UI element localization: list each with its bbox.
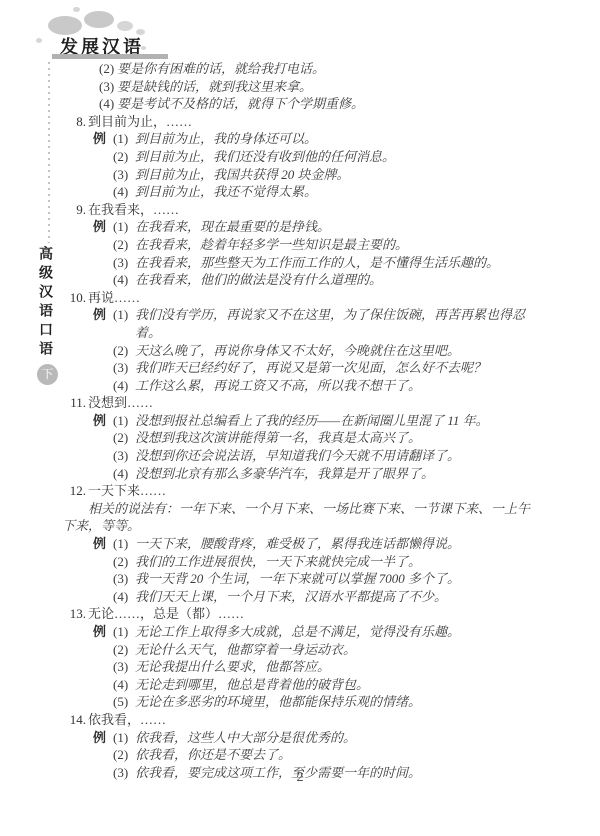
- example-number: (5): [113, 693, 135, 711]
- example-sentence: (2)我们的工作进展很快，一天下来就快完成一半了。: [60, 553, 542, 571]
- example-number: (1): [113, 306, 135, 341]
- example-sentence: (2)到目前为止，我们还没有收到他的任何消息。: [60, 148, 542, 166]
- example-label: [60, 78, 99, 96]
- example-sentence: (4)我们天天上课，一个月下来，汉语水平都提高了不少。: [60, 588, 542, 606]
- example-label: [60, 447, 113, 465]
- example-number: (3): [113, 254, 135, 272]
- example-text: 无论工作上取得多大成就，总是不满足，觉得没有乐趣。: [135, 623, 542, 641]
- example-label: [60, 553, 113, 571]
- example-text: 一天下来，腰酸背疼，难受极了，累得我连话都懒得说。: [135, 535, 542, 553]
- section-title: 8.到目前为止，……: [60, 113, 542, 131]
- section-number: 12.: [60, 482, 86, 500]
- example-text: 我们没有学历，再说家又不在这里，为了保住饭碗，再苦再累也得忍着。: [135, 306, 542, 341]
- example-number: (1): [113, 218, 135, 236]
- example-number: (4): [99, 95, 117, 113]
- example-sentence: (3)我一天背 20 个生词，一年下来就可以掌握 7000 多个了。: [60, 570, 542, 588]
- example-sentence: 例(1)在我看来，现在最重要的是挣钱。: [60, 218, 542, 236]
- example-text: 没想到北京有那么多豪华汽车，我算是开了眼界了。: [135, 465, 542, 483]
- example-text: 无论在多恶劣的环境里，他都能保持乐观的情绪。: [135, 693, 542, 711]
- example-sentence: (4)在我看来，他们的做法是没有什么道理的。: [60, 271, 542, 289]
- example-number: (3): [99, 78, 117, 96]
- example-sentence: (2)在我看来，趁着年轻多学一些知识是最主要的。: [60, 236, 542, 254]
- example-label: [60, 465, 113, 483]
- section-title: 9.在我看来，……: [60, 201, 542, 219]
- grammar-section: 10.再说……例(1)我们没有学历，再说家又不在这里，为了保住饭碗，再苦再累也得…: [60, 289, 542, 395]
- example-sentence: (4)到目前为止，我还不觉得太累。: [60, 183, 542, 201]
- section-pattern-text: 在我看来，……: [86, 201, 179, 219]
- example-sentence: (3)要是缺钱的话，就到我这里来拿。: [60, 78, 542, 96]
- example-number: (2): [113, 236, 135, 254]
- example-sentence: (4)工作这么累，再说工资又不高，所以我不想干了。: [60, 377, 542, 395]
- example-label: [60, 359, 113, 377]
- section-title: 11.没想到……: [60, 394, 542, 412]
- example-label: [60, 676, 113, 694]
- example-number: (1): [113, 130, 135, 148]
- example-number: (3): [113, 570, 135, 588]
- example-number: (1): [113, 729, 135, 747]
- example-text: 在我看来，趁着年轻多学一些知识是最主要的。: [135, 236, 542, 254]
- example-sentence: (2)依我看，你还是不要去了。: [60, 746, 542, 764]
- section-title: 14.依我看，……: [60, 711, 542, 729]
- example-text: 没想到你还会说法语，早知道我们今天就不用请翻译了。: [135, 447, 542, 465]
- example-sentence: 例(1)一天下来，腰酸背疼，难受极了，累得我连话都懒得说。: [60, 535, 542, 553]
- brand-underline-bar: [52, 54, 168, 59]
- example-label: [60, 746, 113, 764]
- example-text: 无论走到哪里，他总是背着他的破背包。: [135, 676, 542, 694]
- example-label: [60, 658, 113, 676]
- example-text: 我一天背 20 个生词，一年下来就可以掌握 7000 多个了。: [135, 570, 542, 588]
- grammar-section: 8.到目前为止，……例(1)到目前为止，我的身体还可以。(2)到目前为止，我们还…: [60, 113, 542, 201]
- bubble-icon: [73, 7, 80, 12]
- sidebar-dotted-rule: [48, 62, 50, 243]
- lesson-content: (2)要是你有困难的话，就给我打电话。(3)要是缺钱的话，就到我这里来拿。(4)…: [60, 60, 542, 781]
- example-text: 到目前为止，我国共获得 20 块金牌。: [135, 166, 542, 184]
- example-sentence: (4)无论走到哪里，他总是背着他的破背包。: [60, 676, 542, 694]
- section-pattern-text: 没想到……: [86, 394, 153, 412]
- example-label: 例: [60, 412, 113, 430]
- example-sentence: 例(1)到目前为止，我的身体还可以。: [60, 130, 542, 148]
- example-number: (3): [113, 447, 135, 465]
- example-label: 例: [60, 130, 113, 148]
- example-number: (3): [113, 359, 135, 377]
- section-pattern-text: 无论……，总是（都）……: [86, 605, 244, 623]
- example-number: (4): [113, 183, 135, 201]
- grammar-section: (2)要是你有困难的话，就给我打电话。(3)要是缺钱的话，就到我这里来拿。(4)…: [60, 60, 542, 113]
- example-text: 依我看，你还是不要去了。: [135, 746, 542, 764]
- example-label: [60, 377, 113, 395]
- example-sentence: (3)我们昨天已经约好了，再说又是第一次见面，怎么好不去呢？: [60, 359, 542, 377]
- example-number: (2): [99, 60, 117, 78]
- example-number: (3): [113, 658, 135, 676]
- example-text: 工作这么累，再说工资又不高，所以我不想干了。: [135, 377, 542, 395]
- example-text: 我们昨天已经约好了，再说又是第一次见面，怎么好不去呢？: [135, 359, 542, 377]
- example-number: (1): [113, 535, 135, 553]
- example-text: 到目前为止，我还不觉得太累。: [135, 183, 542, 201]
- example-text: 在我看来，现在最重要的是挣钱。: [135, 218, 542, 236]
- example-label: [60, 641, 113, 659]
- example-text: 无论我提出什么要求，他都答应。: [135, 658, 542, 676]
- example-number: (1): [113, 412, 135, 430]
- example-sentence: (4)要是考试不及格的话，就得下个学期重修。: [60, 95, 542, 113]
- grammar-section: 11.没想到……例(1)没想到报社总编看上了我的经历——在新闻圈儿里混了 11 …: [60, 394, 542, 482]
- example-sentence: (2)天这么晚了，再说你身体又不太好，今晚就住在这里吧。: [60, 342, 542, 360]
- bubble-icon: [117, 21, 133, 31]
- example-sentence: (2)没想到我这次演讲能得第一名，我真是太高兴了。: [60, 429, 542, 447]
- section-pattern-text: 再说……: [86, 289, 140, 307]
- example-text: 到目前为止，我的身体还可以。: [135, 130, 542, 148]
- series-title-vertical: 高级汉语口语: [36, 246, 56, 360]
- section-title: 10.再说……: [60, 289, 542, 307]
- textbook-page: 发展汉语 高级汉语口语 下 (2)要是你有困难的话，就给我打电话。(3)要是缺钱…: [0, 0, 600, 836]
- section-number: 10.: [60, 289, 86, 307]
- example-text: 我们天天上课，一个月下来，汉语水平都提高了不少。: [135, 588, 542, 606]
- example-text: 依我看，这些人中大部分是很优秀的。: [135, 729, 542, 747]
- section-number: 8.: [60, 113, 86, 131]
- example-number: (2): [113, 746, 135, 764]
- section-number: 14.: [60, 711, 86, 729]
- example-label: [60, 429, 113, 447]
- section-pattern-text: 依我看，……: [86, 711, 166, 729]
- example-sentence: (4)没想到北京有那么多豪华汽车，我算是开了眼界了。: [60, 465, 542, 483]
- example-label: [60, 570, 113, 588]
- example-sentence: 例(1)依我看，这些人中大部分是很优秀的。: [60, 729, 542, 747]
- example-sentence: (2)无论什么天气，他都穿着一身运动衣。: [60, 641, 542, 659]
- section-pattern-text: 到目前为止，……: [86, 113, 192, 131]
- example-label: [60, 148, 113, 166]
- example-sentence: (2)要是你有困难的话，就给我打电话。: [60, 60, 542, 78]
- example-sentence: (3)没想到你还会说法语，早知道我们今天就不用请翻译了。: [60, 447, 542, 465]
- example-text: 在我看来，那些整天为工作而工作的人，是不懂得生活乐趣的。: [135, 254, 542, 272]
- section-title: 13.无论……，总是（都）……: [60, 605, 542, 623]
- example-sentence: 例(1)没想到报社总编看上了我的经历——在新闻圈儿里混了 11 年。: [60, 412, 542, 430]
- example-text: 要是考试不及格的话，就得下个学期重修。: [117, 95, 542, 113]
- example-number: (2): [113, 342, 135, 360]
- section-number: 9.: [60, 201, 86, 219]
- example-text: 在我看来，他们的做法是没有什么道理的。: [135, 271, 542, 289]
- example-sentence: (3)在我看来，那些整天为工作而工作的人，是不懂得生活乐趣的。: [60, 254, 542, 272]
- bubble-icon: [36, 38, 42, 43]
- example-number: (3): [113, 166, 135, 184]
- example-label: [60, 166, 113, 184]
- example-sentence: (3)到目前为止，我国共获得 20 块金牌。: [60, 166, 542, 184]
- example-label: 例: [60, 623, 113, 641]
- example-label: [60, 342, 113, 360]
- example-sentence: 例(1)无论工作上取得多大成就，总是不满足，觉得没有乐趣。: [60, 623, 542, 641]
- example-sentence: (5)无论在多恶劣的环境里，他都能保持乐观的情绪。: [60, 693, 542, 711]
- example-text: 要是缺钱的话，就到我这里来拿。: [117, 78, 542, 96]
- example-text: 没想到报社总编看上了我的经历——在新闻圈儿里混了 11 年。: [135, 412, 542, 430]
- example-text: 无论什么天气，他都穿着一身运动衣。: [135, 641, 542, 659]
- example-text: 我们的工作进展很快，一天下来就快完成一半了。: [135, 553, 542, 571]
- example-sentence: 例(1)我们没有学历，再说家又不在这里，为了保住饭碗，再苦再累也得忍着。: [60, 306, 542, 341]
- bubble-icon: [84, 11, 114, 28]
- page-number: 2: [0, 770, 600, 786]
- example-label: 例: [60, 535, 113, 553]
- example-label: [60, 588, 113, 606]
- volume-badge: 下: [37, 364, 58, 385]
- example-number: (4): [113, 588, 135, 606]
- example-label: 例: [60, 218, 113, 236]
- example-label: 例: [60, 306, 113, 341]
- example-text: 到目前为止，我们还没有收到他的任何消息。: [135, 148, 542, 166]
- example-text: 天这么晚了，再说你身体又不太好，今晚就住在这里吧。: [135, 342, 542, 360]
- example-text: 没想到我这次演讲能得第一名，我真是太高兴了。: [135, 429, 542, 447]
- example-text: 要是你有困难的话，就给我打电话。: [117, 60, 542, 78]
- example-number: (2): [113, 553, 135, 571]
- grammar-section: 9.在我看来，……例(1)在我看来，现在最重要的是挣钱。(2)在我看来，趁着年轻…: [60, 201, 542, 289]
- example-number: (1): [113, 623, 135, 641]
- example-label: [60, 183, 113, 201]
- section-pattern-text: 一天下来……: [86, 482, 166, 500]
- example-label: [60, 693, 113, 711]
- example-label: [60, 95, 99, 113]
- example-number: (2): [113, 148, 135, 166]
- section-number: 13.: [60, 605, 86, 623]
- example-number: (4): [113, 465, 135, 483]
- example-number: (4): [113, 676, 135, 694]
- example-number: (2): [113, 429, 135, 447]
- example-label: [60, 254, 113, 272]
- grammar-section: 12.一天下来……相关的说法有：一年下来、一个月下来、一场比赛下来、一节课下来、…: [60, 482, 542, 605]
- example-number: (2): [113, 641, 135, 659]
- example-sentence: (3)无论我提出什么要求，他都答应。: [60, 658, 542, 676]
- example-label: 例: [60, 729, 113, 747]
- section-title: 12.一天下来……: [60, 482, 542, 500]
- section-note: 相关的说法有：一年下来、一个月下来、一场比赛下来、一节课下来、一上午下来，等等。: [62, 500, 542, 535]
- example-number: (4): [113, 377, 135, 395]
- example-label: [60, 271, 113, 289]
- example-label: [60, 236, 113, 254]
- example-number: (4): [113, 271, 135, 289]
- grammar-section: 13.无论……，总是（都）……例(1)无论工作上取得多大成就，总是不满足，觉得没…: [60, 605, 542, 711]
- example-label: [60, 60, 99, 78]
- section-number: 11.: [60, 394, 86, 412]
